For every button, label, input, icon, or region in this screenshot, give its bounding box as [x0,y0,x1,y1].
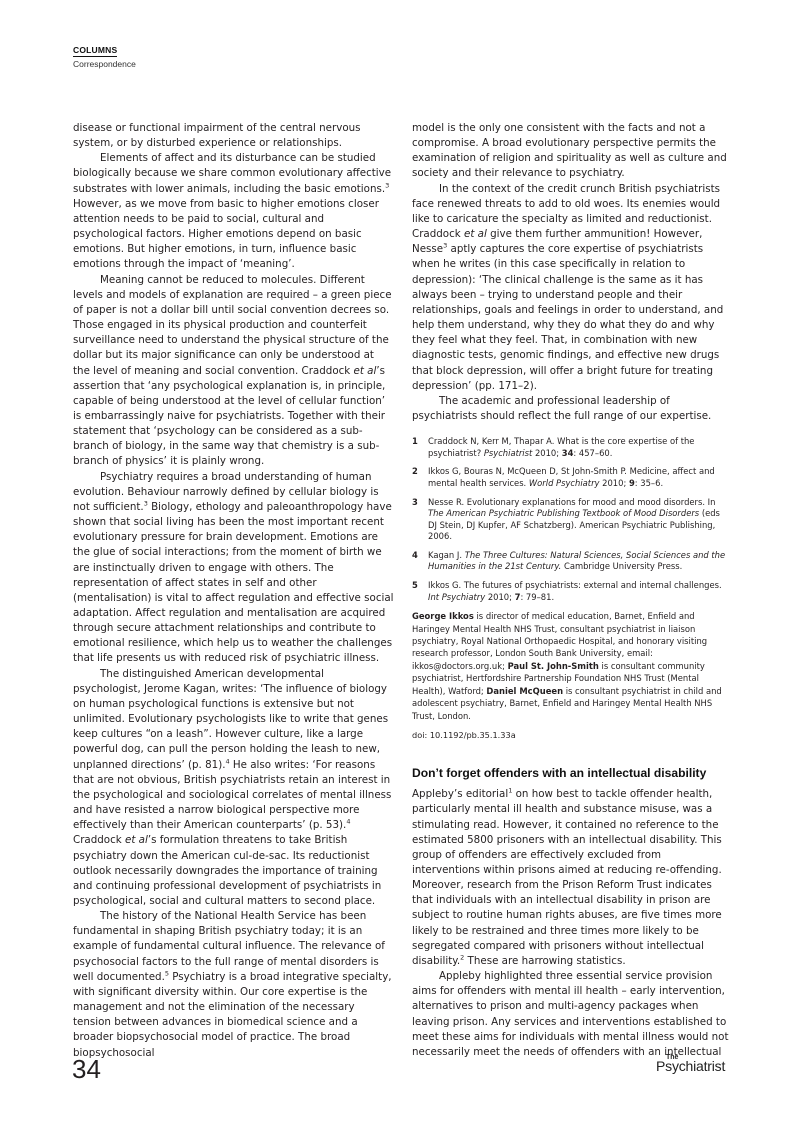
paragraph: Meaning cannot be reduced to molecules. … [73,273,394,470]
reference-item: 2 Ikkos G, Bouras N, McQueen D, St John-… [412,466,730,489]
subsection-label: Correspondence [73,59,136,69]
paragraph: The distinguished American developmental… [73,667,394,910]
paragraph: Elements of affect and its disturbance c… [73,151,394,272]
paragraph: Appleby’s editorial1 on how best to tack… [412,787,730,969]
journal-logo: The Psychiatrist [656,1058,725,1076]
citation: 3 [385,181,389,189]
reference-item: 1 Craddock N, Kerr M, Thapar A. What is … [412,436,730,459]
section-label: COLUMNS [73,45,117,57]
author-bio: George Ikkos is director of medical educ… [412,610,730,722]
right-column: model is the only one consistent with th… [412,121,730,1060]
paragraph: disease or functional impairment of the … [73,121,394,151]
paragraph: Psychiatry requires a broad understandin… [73,470,394,667]
reference-list: 1 Craddock N, Kerr M, Thapar A. What is … [412,436,730,603]
reference-item: 5 Ikkos G. The futures of psychiatrists:… [412,580,730,603]
reference-item: 4 Kagan J. The Three Cultures: Natural S… [412,550,730,573]
reference-item: 3 Nesse R. Evolutionary explanations for… [412,497,730,543]
page-number: 34 [72,1054,101,1085]
paragraph: Appleby highlighted three essential serv… [412,969,730,1060]
citation: 4 [346,818,350,826]
paragraph: The academic and professional leadership… [412,394,730,424]
left-column: disease or functional impairment of the … [73,121,394,1061]
doi: doi: 10.1192/pb.35.1.33a [412,728,730,743]
paragraph: In the context of the credit crunch Brit… [412,182,730,394]
running-header: COLUMNS Correspondence [73,38,136,69]
paragraph: model is the only one consistent with th… [412,121,730,182]
paragraph: The history of the National Health Servi… [73,909,394,1061]
article-title: Don’t forget offenders with an intellect… [412,766,730,781]
